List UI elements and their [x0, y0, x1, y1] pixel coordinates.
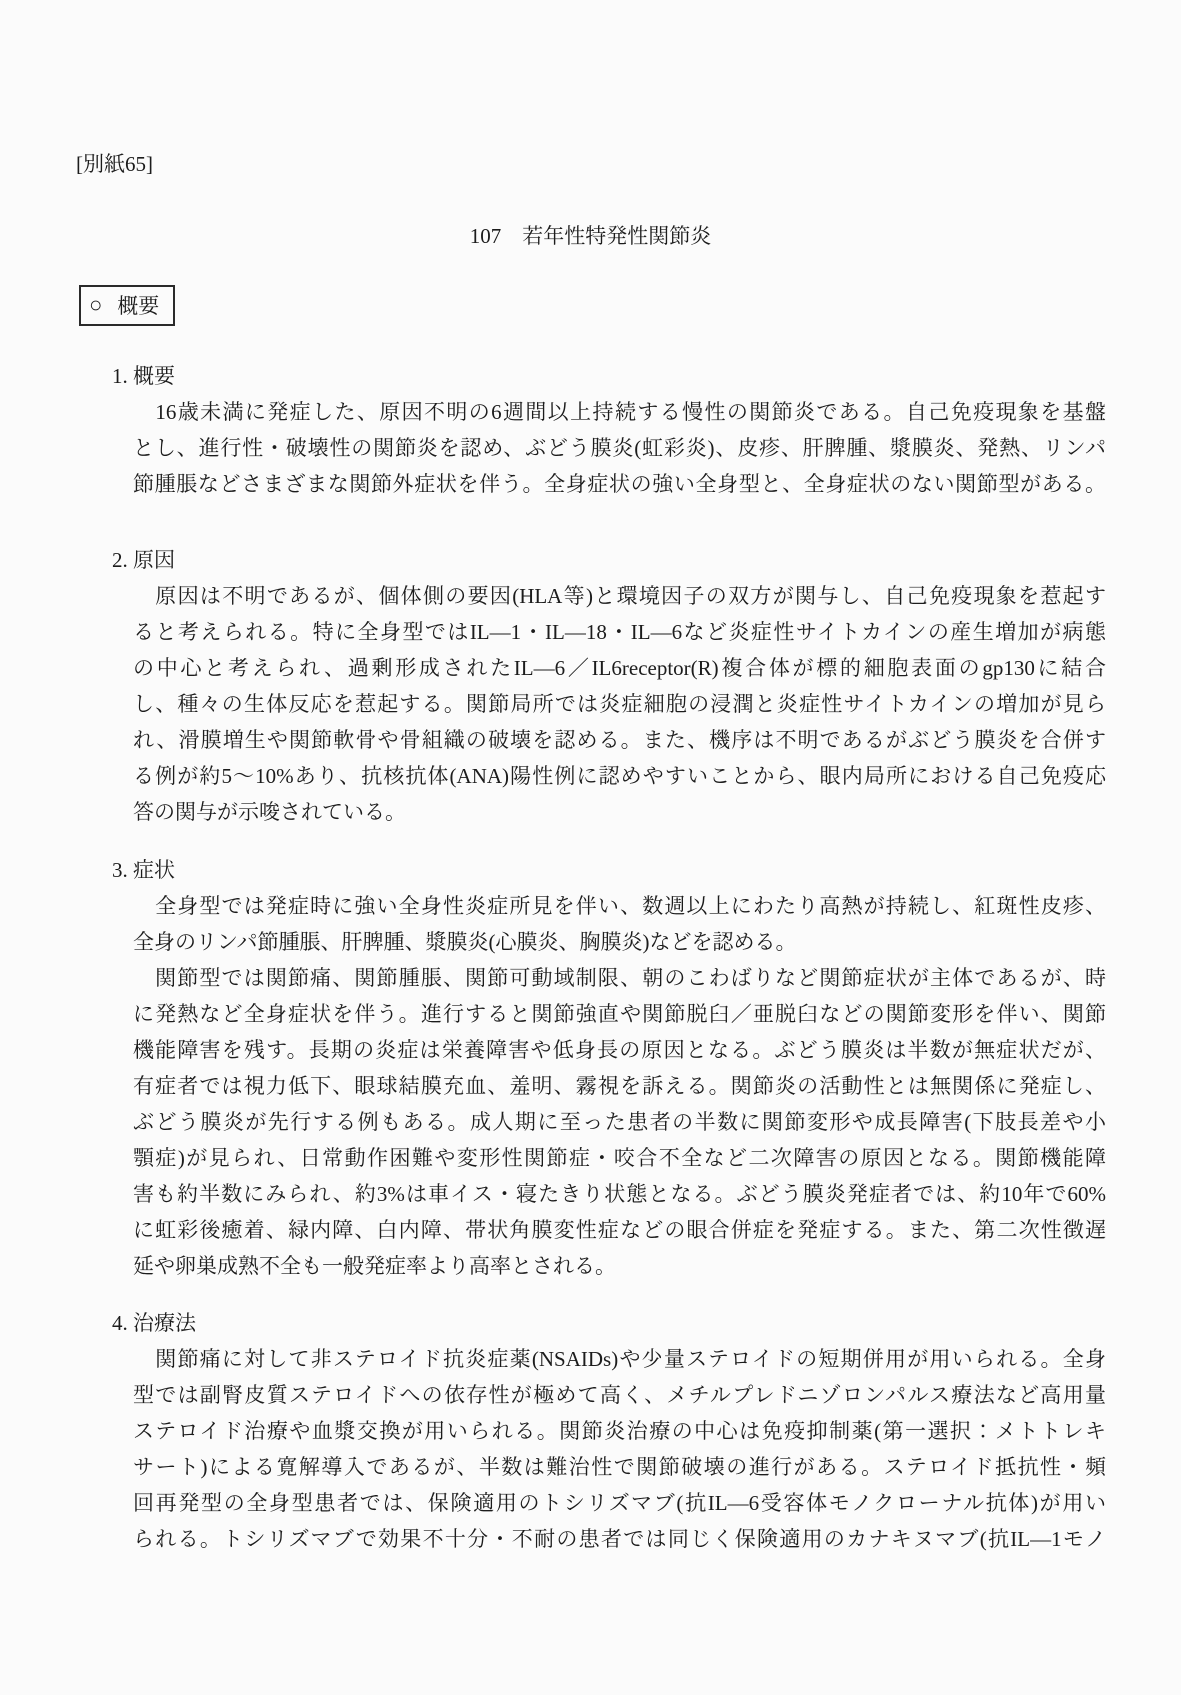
text-line: に発熱など全身症状を伴う。進行すると関節強直や関節脱臼／亜脱臼などの関節変形を伴… [133, 996, 1106, 1032]
text-line: 顎症)が見られ、日常動作困難や変形性関節症・咬合不全など二次障害の原因となる。関… [133, 1140, 1106, 1176]
text-line: られる。トシリズマブで効果不十分・不耐の患者では同じく保険適用のカナキヌマブ(抗… [133, 1521, 1106, 1557]
page-title: 107 若年性特発性関節炎 [0, 220, 1181, 250]
text-line: 害も約半数にみられ、約3%は車イス・寝たきり状態となる。ぶどう膜炎発症者では、約… [133, 1176, 1106, 1212]
text-line: 回再発型の全身型患者では、保険適用のトシリズマブ(抗IL―6受容体モノクローナル… [133, 1485, 1106, 1521]
section-heading: 2. 原因 [112, 542, 1181, 578]
section-heading: 3. 症状 [112, 852, 1181, 888]
text-line: サート)による寛解導入であるが、半数は難治性で関節破壊の進行がある。ステロイド抵… [133, 1449, 1106, 1485]
text-line: ると考えられる。特に全身型ではIL―1・IL―18・IL―6など炎症性サイトカイ… [133, 614, 1106, 650]
text-line: る例が約5〜10%あり、抗核抗体(ANA)陽性例に認めやすいことから、眼内局所に… [133, 758, 1106, 794]
attachment-label: [別紙65] [76, 148, 153, 178]
text-line: ぶどう膜炎が先行する例もある。成人期に至った患者の半数に関節変形や成長障害(下肢… [133, 1104, 1106, 1140]
text-line: 答の関与が示唆されている。 [133, 794, 1106, 830]
section-4-treatment: 4. 治療法 関節痛に対して非ステロイド抗炎症薬(NSAIDs)や少量ステロイド… [0, 1305, 1181, 1557]
section-heading: 4. 治療法 [112, 1305, 1181, 1341]
section-3-symptoms: 3. 症状 全身型では発症時に強い全身性炎症所見を伴い、数週以上にわたり高熱が持… [0, 852, 1181, 1284]
section-heading: 1. 概要 [112, 358, 1181, 394]
text-line: 延や卵巣成熟不全も一般発症率より高率とされる。 [133, 1248, 1106, 1284]
text-line: 型では副腎皮質ステロイドへの依存性が極めて高く、メチルプレドニゾロンパルス療法な… [133, 1377, 1106, 1413]
text-line: 原因は不明であるが、個体側の要因(HLA等)と環境因子の双方が関与し、自己免疫現… [133, 578, 1106, 614]
overview-box: ○ 概要 [79, 285, 175, 326]
text-line: し、種々の生体反応を惹起する。関節局所では炎症細胞の浸潤と炎症性サイトカインの増… [133, 686, 1106, 722]
text-line: に虹彩後癒着、緑内障、白内障、帯状角膜変性症などの眼合併症を発症する。また、第二… [133, 1212, 1106, 1248]
text-line: ステロイド治療や血漿交換が用いられる。関節炎治療の中心は免疫抑制薬(第一選択：メ… [133, 1413, 1106, 1449]
text-line: 関節型では関節痛、関節腫脹、関節可動域制限、朝のこわばりなど関節症状が主体である… [133, 960, 1106, 996]
text-line: 全身のリンパ節腫脹、肝脾腫、漿膜炎(心膜炎、胸膜炎)などを認める。 [133, 924, 1106, 960]
section-2-cause: 2. 原因 原因は不明であるが、個体側の要因(HLA等)と環境因子の双方が関与し… [0, 542, 1181, 830]
overview-box-label: 概要 [117, 290, 159, 320]
text-line: の中心と考えられ、過剰形成されたIL―6／IL6receptor(R)複合体が標… [133, 650, 1106, 686]
paragraph: 原因は不明であるが、個体側の要因(HLA等)と環境因子の双方が関与し、自己免疫現… [133, 578, 1106, 830]
circle-icon: ○ [89, 294, 102, 316]
text-line: 関節痛に対して非ステロイド抗炎症薬(NSAIDs)や少量ステロイドの短期併用が用… [133, 1341, 1106, 1377]
section-1-overview: 1. 概要 16歳未満に発症した、原因不明の6週間以上持続する慢性の関節炎である… [0, 358, 1181, 502]
paragraph: 関節痛に対して非ステロイド抗炎症薬(NSAIDs)や少量ステロイドの短期併用が用… [133, 1341, 1106, 1557]
text-line: とし、進行性・破壊性の関節炎を認め、ぶどう膜炎(虹彩炎)、皮疹、肝脾腫、漿膜炎、… [133, 430, 1106, 466]
text-line: 有症者では視力低下、眼球結膜充血、羞明、霧視を訴える。関節炎の活動性とは無関係に… [133, 1068, 1106, 1104]
paragraph: 16歳未満に発症した、原因不明の6週間以上持続する慢性の関節炎である。自己免疫現… [133, 394, 1106, 502]
text-line: れ、滑膜増生や関節軟骨や骨組織の破壊を認める。また、機序は不明であるがぶどう膜炎… [133, 722, 1106, 758]
document-page: [別紙65] 107 若年性特発性関節炎 ○ 概要 1. 概要 16歳未満に発症… [0, 0, 1181, 1695]
text-line: 機能障害を残す。長期の炎症は栄養障害や低身長の原因となる。ぶどう膜炎は半数が無症… [133, 1032, 1106, 1068]
paragraph: 全身型では発症時に強い全身性炎症所見を伴い、数週以上にわたり高熱が持続し、紅斑性… [133, 888, 1106, 1284]
text-line: 16歳未満に発症した、原因不明の6週間以上持続する慢性の関節炎である。自己免疫現… [133, 394, 1106, 430]
text-line: 節腫脹などさまざまな関節外症状を伴う。全身症状の強い全身型と、全身症状のない関節… [133, 466, 1106, 502]
text-line: 全身型では発症時に強い全身性炎症所見を伴い、数週以上にわたり高熱が持続し、紅斑性… [133, 888, 1106, 924]
